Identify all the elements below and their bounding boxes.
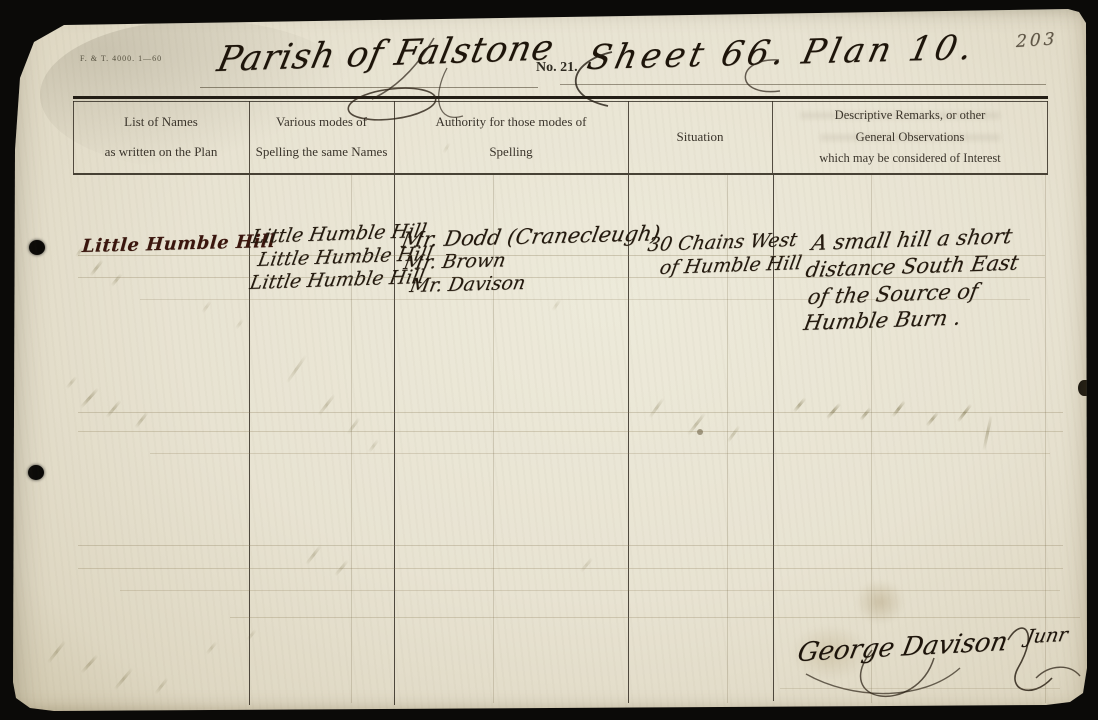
column-header-situation: Situation bbox=[628, 101, 772, 173]
ink-smudge bbox=[80, 654, 98, 674]
entry-name-on-plan: Little Humble Hill bbox=[81, 231, 276, 257]
header-line: Situation bbox=[677, 129, 724, 145]
remarks-line: distance South East bbox=[804, 251, 1021, 283]
ink-smudge bbox=[47, 640, 67, 664]
guide-line bbox=[78, 431, 1063, 432]
ink-smudge bbox=[286, 354, 308, 384]
ink-smudge bbox=[105, 400, 121, 419]
ink-smudge bbox=[891, 400, 906, 418]
guide-line bbox=[78, 412, 1063, 413]
ink-smudge bbox=[89, 259, 104, 277]
surveyor-signature: George Davison Junr bbox=[795, 624, 1070, 668]
signature-suffix: Junr bbox=[1024, 624, 1069, 648]
column-divider-faint bbox=[1045, 175, 1046, 703]
authority-line: Mr. Brown bbox=[402, 249, 508, 274]
page-number: 203 bbox=[1016, 29, 1058, 52]
column-divider bbox=[628, 175, 629, 703]
column-header-spelling-modes: Various modes of Spelling the same Names bbox=[249, 101, 394, 173]
column-header-authority: Authority for those modes of Spelling bbox=[394, 101, 628, 173]
ink-smudge bbox=[334, 559, 349, 576]
ink-smudge bbox=[66, 376, 78, 389]
ink-smudge bbox=[201, 300, 212, 313]
ink-smudge bbox=[317, 394, 335, 416]
guide-line bbox=[78, 568, 1063, 569]
show-through bbox=[820, 134, 1000, 141]
title-underline bbox=[560, 84, 1046, 85]
ink-smudge bbox=[551, 298, 561, 311]
punch-hole bbox=[28, 465, 44, 480]
guide-line bbox=[780, 688, 1060, 689]
guide-line bbox=[120, 590, 1060, 591]
header-line: Various modes of bbox=[276, 114, 367, 130]
header-line: Spelling bbox=[489, 144, 532, 160]
title-underline bbox=[200, 87, 538, 88]
ink-smudge bbox=[246, 629, 257, 642]
ink-smudge bbox=[826, 403, 842, 420]
header-line: Authority for those modes of bbox=[436, 114, 587, 130]
show-through bbox=[800, 112, 1000, 119]
stain bbox=[697, 429, 703, 435]
stain bbox=[855, 580, 905, 624]
punch-hole bbox=[29, 240, 45, 255]
ink-smudge bbox=[793, 397, 807, 413]
ink-smudge bbox=[859, 407, 872, 421]
column-divider bbox=[249, 175, 250, 705]
ink-smudge bbox=[154, 677, 169, 695]
ink-smudge bbox=[580, 557, 594, 573]
sheet-number-label: No. 21. bbox=[536, 60, 578, 76]
ink-smudge bbox=[305, 545, 322, 566]
guide-line bbox=[78, 545, 1063, 546]
parish-title: Parish of Falstone bbox=[214, 28, 558, 80]
ink-smudge bbox=[134, 411, 149, 429]
header-line: as written on the Plan bbox=[105, 144, 218, 160]
ink-smudge bbox=[235, 318, 245, 329]
remarks-line: of the Source of bbox=[806, 279, 980, 309]
remarks-line: A small hill a short bbox=[810, 224, 1014, 255]
ink-smudge bbox=[687, 412, 707, 436]
guide-line bbox=[230, 617, 1080, 618]
header-line: Spelling the same Names bbox=[256, 144, 388, 160]
situation-line: of Humble Hill bbox=[658, 252, 803, 279]
ink-smudge bbox=[926, 411, 940, 427]
form-mark: F. & T. 4000. 1—60 bbox=[80, 54, 162, 63]
guide-line bbox=[150, 453, 1050, 454]
ink-smudge bbox=[982, 415, 992, 451]
scanned-document-page: F. & T. 4000. 1—60 203 Parish of Falston… bbox=[0, 0, 1098, 720]
column-header-names: List of Names as written on the Plan bbox=[73, 101, 249, 173]
ink-smudge bbox=[80, 387, 100, 408]
edge-nick bbox=[1078, 380, 1090, 396]
authority-line: Mr. Davison bbox=[408, 272, 527, 297]
ink-smudge bbox=[346, 417, 360, 435]
sheet-title: Sheet 66. Plan 10. bbox=[584, 28, 980, 78]
ink-smudge bbox=[648, 397, 665, 418]
ink-smudge bbox=[367, 439, 379, 454]
ink-smudge bbox=[113, 667, 133, 690]
remarks-line: Humble Burn . bbox=[802, 305, 963, 335]
ink-smudge bbox=[205, 641, 218, 655]
ink-smudge bbox=[957, 403, 973, 422]
table-top-rule bbox=[73, 96, 1048, 99]
header-line: List of Names bbox=[124, 114, 198, 130]
header-line: which may be considered of Interest bbox=[819, 151, 1001, 166]
column-divider-faint bbox=[871, 175, 872, 703]
paper-sheet: F. & T. 4000. 1—60 203 Parish of Falston… bbox=[0, 0, 1098, 720]
ink-smudge bbox=[110, 273, 123, 287]
authority-line: Mr. Dodd (Cranecleugh) bbox=[400, 221, 662, 252]
signature-name: George Davison bbox=[795, 627, 1010, 668]
header-bottom-rule bbox=[73, 173, 1048, 175]
ink-smudge bbox=[726, 425, 740, 443]
